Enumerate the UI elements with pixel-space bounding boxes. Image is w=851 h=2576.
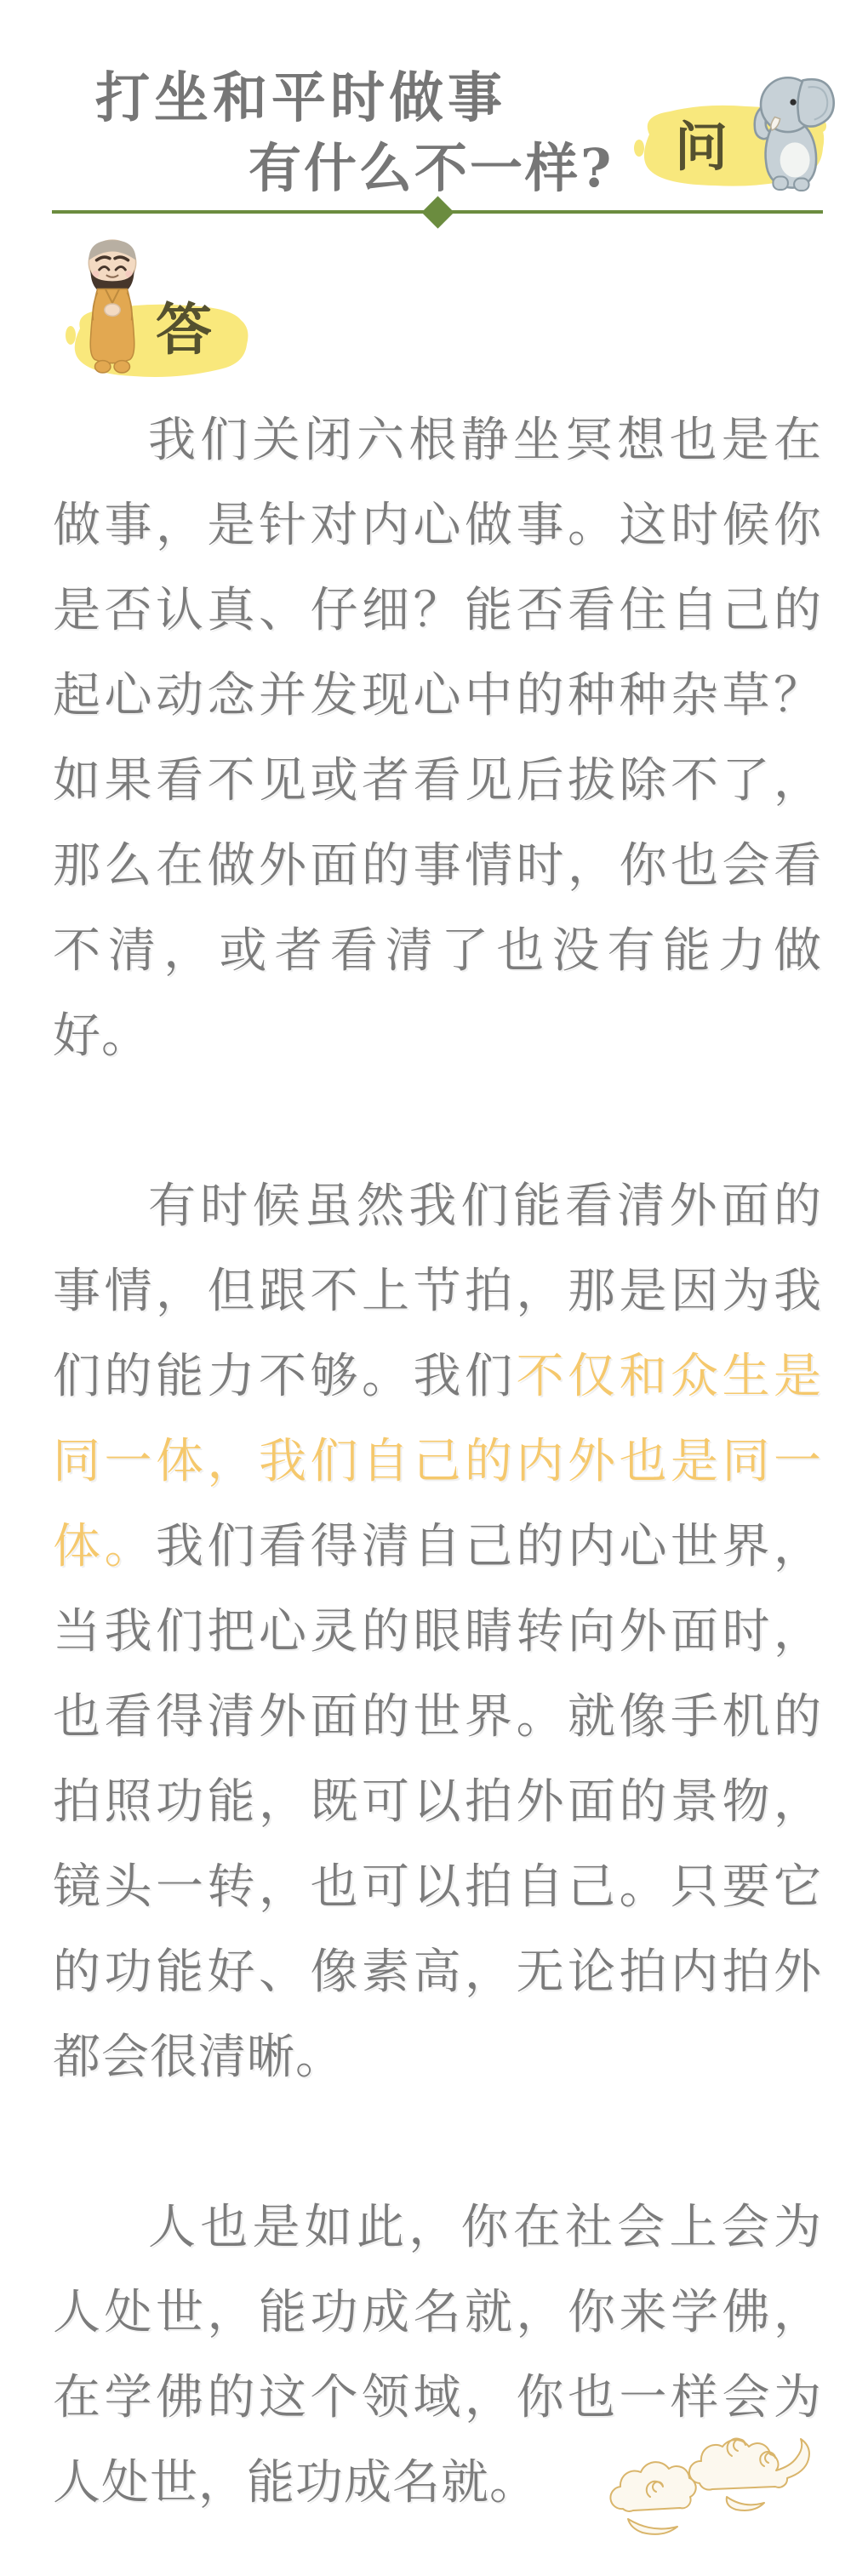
article-page: 打坐和平时做事 有什么不一样? 问 xyxy=(0,0,851,2576)
divider-line-left xyxy=(52,210,428,214)
body-text: 我们看得清自己的内心世界，当我们把心灵的眼睛转向外面时，也看得清外面的世界。就像… xyxy=(53,1519,822,2085)
section-divider xyxy=(52,196,823,228)
answer-badge: 答 xyxy=(66,235,270,383)
page-title-line-2: 有什么不一样? xyxy=(248,126,614,202)
question-badge-label: 问 xyxy=(675,121,728,174)
divider-line-right xyxy=(448,210,824,214)
paragraph: 有时候虽然我们能看清外面的事情，但跟不上节拍，那是因为我们的能力不够。我们不仅和… xyxy=(53,1164,822,2100)
diamond-icon xyxy=(421,196,454,228)
paragraph: 我们关闭六根静坐冥想也是在做事，是针对内心做事。这时候你是否认真、仔细？能否看住… xyxy=(53,398,822,1079)
body-text: 我们关闭六根静坐冥想也是在做事，是针对内心做事。这时候你是否认真、仔细？能否看住… xyxy=(53,413,822,1064)
page-title-line-1: 打坐和平时做事 xyxy=(95,54,506,133)
answer-badge-label: 答 xyxy=(156,301,212,357)
question-badge: 问 xyxy=(634,70,847,199)
elephant-icon xyxy=(743,70,840,192)
article-body: 我们关闭六根静坐冥想也是在做事，是针对内心做事。这时候你是否认真、仔细？能否看住… xyxy=(53,398,822,2526)
monk-avatar xyxy=(76,235,149,374)
cloud-ornament xyxy=(597,2422,817,2556)
